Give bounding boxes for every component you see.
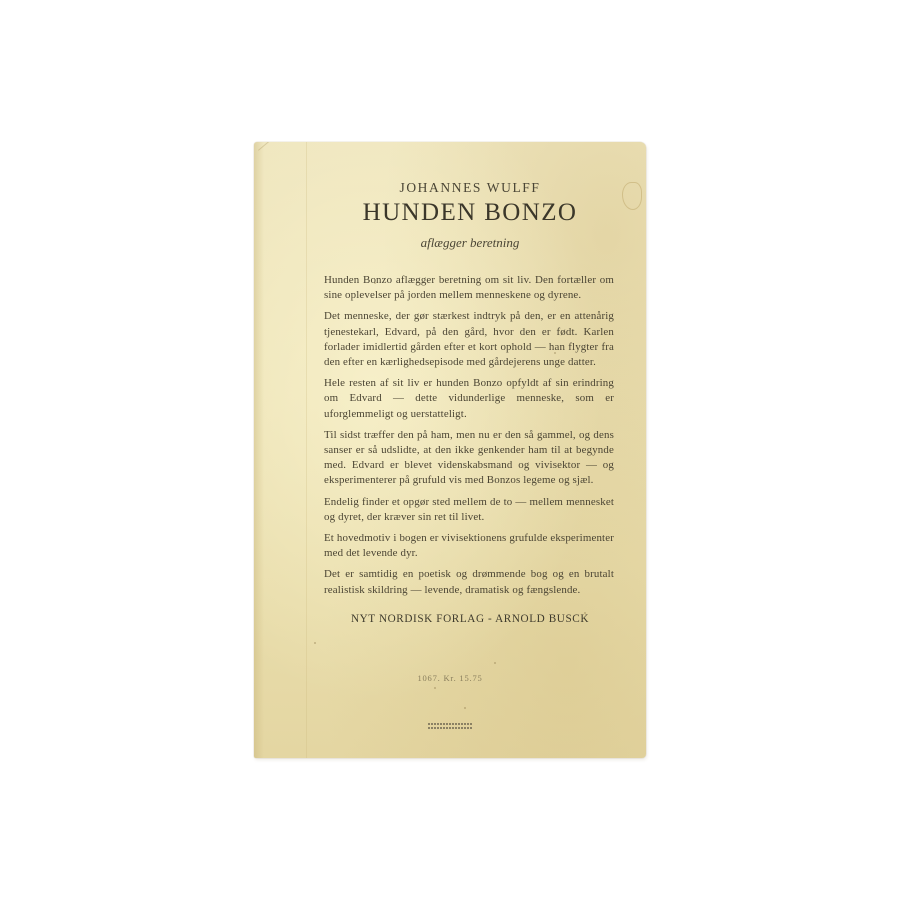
printer-imprint (254, 723, 646, 731)
imprint-text-line (428, 727, 472, 729)
corner-crease (258, 142, 315, 181)
blurb-paragraph: Hunden Bonzo aflægger beretning om sit l… (324, 273, 614, 303)
book-subtitle: aflægger beretning (326, 235, 614, 251)
imprint-text-line (428, 723, 472, 725)
publisher-name: NYT NORDISK FORLAG - ARNOLD BUSCK (326, 613, 614, 625)
blurb-paragraph: Et hovedmotiv i bogen er vivisektionens … (324, 531, 614, 561)
book-back-cover: JOHANNES WULFF HUNDEN BONZO aflægger ber… (254, 142, 646, 758)
cover-content: JOHANNES WULFF HUNDEN BONZO aflægger ber… (326, 180, 614, 625)
paper-speck (314, 642, 316, 644)
author-name: JOHANNES WULFF (326, 180, 614, 196)
photo-stage: JOHANNES WULFF HUNDEN BONZO aflægger ber… (0, 0, 900, 900)
blurb-paragraph: Det er samtidig en poetisk og drømmende … (324, 567, 614, 597)
blurb-paragraph: Det menneske, der gør stærkest indtryk p… (324, 309, 614, 370)
water-stain (622, 182, 642, 210)
blurb-paragraph: Til sidst træffer den på ham, men nu er … (324, 428, 614, 489)
paper-speck (434, 687, 436, 689)
blurb-paragraph: Hele resten af sit liv er hunden Bonzo o… (324, 376, 614, 422)
blurb: Hunden Bonzo aflægger beretning om sit l… (324, 273, 614, 598)
paper-speck (464, 707, 466, 709)
blurb-paragraph: Endelig finder et opgør sted mellem de t… (324, 495, 614, 525)
price-line: 1067. Kr. 15.75 (254, 673, 646, 683)
book-title: HUNDEN BONZO (326, 199, 614, 227)
paper-speck (494, 662, 496, 664)
